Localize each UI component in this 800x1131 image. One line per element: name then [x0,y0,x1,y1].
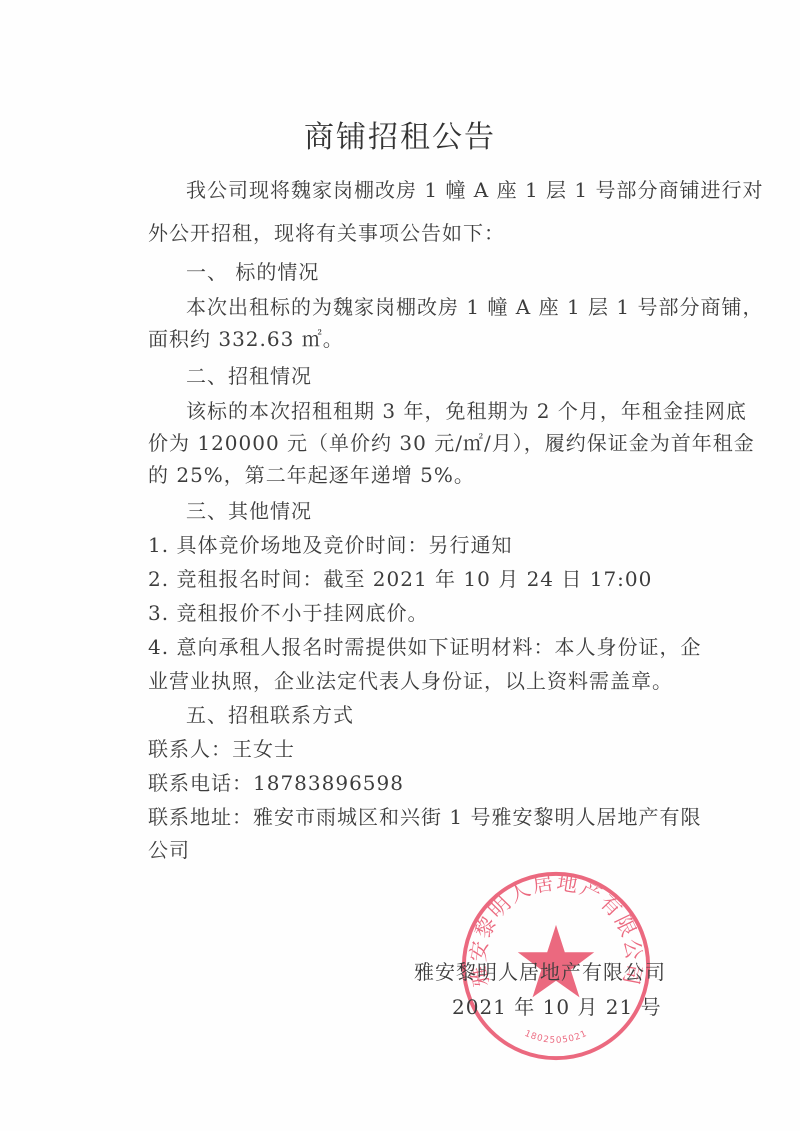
contact-phone: 联系电话：18783896598 [148,769,404,797]
contact-person: 联系人：王女士 [148,735,295,763]
section-5-heading: 五、招租联系方式 [186,701,354,729]
signature-company: 雅安黎明人居地产有限公司 [414,958,666,986]
section-2-heading: 二、招租情况 [186,362,312,390]
section-3-item-4-cont: 业营业执照，企业法定代表人身份证，以上资料需盖章。 [148,667,673,695]
signature-date: 2021 年 10 月 21 号 [452,993,662,1021]
section-2-line-3: 的 25%，第二年起逐年递增 5%。 [148,461,475,489]
section-2-line-2: 价为 120000 元（单价约 30 元/㎡/月），履约保证金为首年租金 [148,429,755,457]
section-3-item-2: 2. 竞租报名时间：截至 2021 年 10 月 24 日 17:00 [148,565,652,593]
section-1-line-1: 本次出租标的为魏家岗棚改房 1 幢 A 座 1 层 1 号部分商铺， [186,293,763,321]
section-1-line-2: 面积约 332.63 ㎡。 [148,325,344,353]
document-page: 商铺招租公告 我公司现将魏家岗棚改房 1 幢 A 座 1 层 1 号部分商铺进行… [0,0,800,1131]
intro-line-1: 我公司现将魏家岗棚改房 1 幢 A 座 1 层 1 号部分商铺进行对 [186,176,763,204]
intro-line-2: 外公开招租，现将有关事项公告如下： [148,219,505,247]
contact-address-cont: 公司 [148,836,190,864]
section-1-heading: 一、 标的情况 [186,258,319,286]
section-2-line-1: 该标的本次招租租期 3 年，免租期为 2 个月，年租金挂网底 [186,397,747,425]
section-3-item-3: 3. 竞租报价不小于挂网底价。 [148,599,428,627]
seal-number: 1802505021 [523,1029,589,1046]
section-3-item-4: 4. 意向承租人报名时需提供如下证明材料：本人身份证，企 [148,633,701,661]
section-3-heading: 三、其他情况 [186,497,312,525]
document-title: 商铺招租公告 [0,112,800,156]
svg-text:1802505021: 1802505021 [523,1029,589,1046]
contact-address: 联系地址：雅安市雨城区和兴街 1 号雅安黎明人居地产有限 [148,803,701,831]
section-3-item-1: 1. 具体竞价场地及竞价时间：另行通知 [148,531,512,559]
